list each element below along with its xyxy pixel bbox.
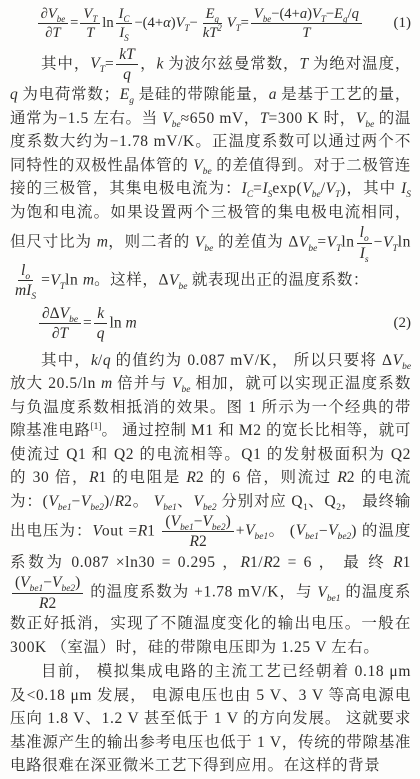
text-run: − [72,493,81,510]
math-var: kT [119,46,135,63]
math-var: R [115,493,124,510]
math-var: lo [21,262,30,279]
math-var: VT [227,15,241,31]
math-var: Vbe [254,6,271,22]
text-run: ln [102,15,113,31]
math-var: q [123,66,131,83]
text-run: 。这样，Δ [94,272,169,289]
math-var: T [52,25,60,41]
math-var: m [101,375,112,392]
text-run: = [317,234,326,251]
text-run: Q1 [291,493,308,510]
text-run: 的值约为 0.087 mV/K， 所以只要将 Δ [111,352,393,369]
text-run: = [70,15,78,31]
math-var: Vbe [48,6,65,22]
math-var: Vbe1 [48,493,71,510]
math-var: Is [360,245,369,262]
text-run: 其中， [41,55,90,72]
equation-1-body: ∂Vbe∂T=VTTlnICIS−(4+α)VT−EgkT2VT=Vbe−(4+… [10,6,390,42]
math-var: Vbe1 [154,493,177,510]
math-var: Eg [120,86,134,103]
math-var: VT [50,272,65,289]
paragraph-bandgap-circuit: 其中，k/q 的值约为 0.087 mV/K， 所以只要将 ΔVbe 放大 20… [10,349,411,659]
text-run: ，则二者的 [108,234,195,251]
math-var: Eg [206,6,219,22]
text-run: ( [165,513,170,530]
math-var: R [39,595,48,612]
text-run: 2 的 6 倍，则流过 [196,469,337,486]
text-run: − [319,522,328,539]
math-var: k [97,305,104,322]
text-run: = [83,314,92,331]
text-run: 的差值为 Δ [213,234,299,251]
math-var: VT [326,180,341,197]
text-run: Q2 [324,493,341,510]
math-var: Vbe [302,180,320,197]
math-var: Vbe [193,157,211,174]
text-run: 为波尔兹曼常数， [163,55,299,72]
math-fraction: lomIS [12,262,39,300]
math-var: m [97,234,108,251]
text-run: 放大 20.5/ln [10,375,101,392]
math-var: Vbe [356,110,374,127]
math-var: T [60,325,69,342]
equation-2-number: (2) [394,314,412,333]
math-fraction: loIs [357,224,372,262]
math-var: R [240,554,249,571]
math-var: T [260,110,269,127]
math-var: R [138,522,147,539]
text-run: ln [65,272,83,289]
equation-2-body: ∂ΔVbe∂T=kqln m [10,305,390,343]
math-var: IS [401,180,411,197]
math-var: m [125,314,136,331]
text-run: 分别对应 [217,493,292,510]
math-var: VT [383,234,398,251]
math-var: α [163,15,171,31]
math-var: Vbe1 [20,574,43,591]
text-run: 。 ( [268,522,296,539]
text-run: ) [226,513,231,530]
text-run: 目前， 模拟集成电路的主流工艺已经朝着 0.18 μm 及<0.18 μm 发展… [10,663,411,774]
text-run: 、 [308,493,325,510]
text-run: ∂Δ [42,305,60,322]
math-var: R [189,533,198,550]
text-run: / [321,180,326,197]
math-var: VT [327,234,342,251]
math-fraction: VTT [80,6,100,42]
text-run: exp( [272,180,302,197]
text-run: )，其中 [340,180,401,197]
math-var: Vbe1 [171,513,194,530]
math-var: q [97,325,105,342]
math-var: Vbe [195,234,213,251]
text-run: ， [140,55,157,72]
math-var: R [263,554,272,571]
math-var: Vbe2 [52,574,75,591]
text-run: − [190,15,198,31]
math-var: Eg [334,6,347,22]
text-run: 的温度系数为 +1.78 mV/K，与 [85,584,317,601]
math-fraction: Vbe−(4+a)VT−Eg/qT [251,6,362,42]
equation-1-number: (1) [394,14,412,33]
text-run: 、 [177,493,194,510]
math-fraction: (Vbe1−Vbe2)R2 [162,513,233,551]
math-var: Vbe [169,272,187,289]
math-fraction: kTq [116,46,138,84]
text-run: [1] [91,422,102,439]
math-var: IC [242,180,253,197]
paragraph-process-trend: 目前， 模拟集成电路的主流工艺已经朝着 0.18 μm 及<0.18 μm 发展… [10,660,411,778]
math-var: R [186,469,195,486]
text-run: ln [398,234,411,251]
text-run: 为电荷常数； [18,86,120,103]
math-var: Vbe2 [328,522,351,539]
math-var: R [337,469,346,486]
text-run: − [326,6,334,22]
math-var: VT [83,6,97,22]
text-run: + [236,522,245,539]
equation-2: ∂ΔVbe∂T=kqln m (2) [10,305,411,343]
text-run: ∂ [52,325,60,342]
math-var: R [393,554,402,571]
math-var: k [91,352,98,369]
paragraph-derivation: 其中，VT=kTq，k 为波尔兹曼常数，T 为绝对温度，q 为电荷常数；Eg 是… [10,46,411,300]
math-var: T [299,55,308,72]
equation-1: ∂Vbe∂T=VTTlnICIS−(4+α)VT−EgkT2VT=Vbe−(4+… [10,6,411,42]
text-run: 1/ [250,554,263,571]
text-run: = [241,15,249,31]
text-run: 2 = 6 ， 最 终 [273,554,394,571]
text-run: ln [110,314,126,331]
text-run: ln [341,234,354,251]
math-var: IS [119,25,128,41]
text-run: )/ [104,493,115,510]
math-var: VT [90,55,105,72]
math-var: Vbe [162,110,180,127]
text-run: −(4+ [134,15,163,31]
text-run: − [43,574,52,591]
math-var: kT2 [203,25,222,41]
math-var: m [83,272,94,289]
text-run: 其中， [41,352,91,369]
paper-page: ∂Vbe∂T=VTTlnICIS−(4+α)VT−EgkT2VT=Vbe−(4+… [0,0,420,779]
math-var: Vbe1 [245,522,268,539]
text-run: =300 K 时， [269,110,356,127]
math-var: q [352,6,359,22]
math-var: Vbe [60,305,78,322]
math-var: VT [312,6,326,22]
math-fraction: ∂ΔVbe∂T [39,305,81,343]
math-var: Vbe2 [202,513,225,530]
math-var: T [86,25,94,41]
math-var: T [302,25,310,41]
math-fraction: (Vbe1−Vbe2)R2 [12,574,83,612]
text-run: 为绝对温度， [308,55,411,72]
text-run: 2。 [124,493,154,510]
text-run: 1 的电阻是 [99,469,187,486]
math-fraction: ICIS [116,6,133,42]
text-run: ) [75,574,80,591]
text-run: −(4+ [271,6,300,22]
math-var: mIS [15,282,36,299]
math-var: Vbe1 [317,584,340,601]
math-fraction: ∂Vbe∂T [38,6,69,42]
text-run: out = [102,522,138,539]
math-var: R [89,469,98,486]
math-var: lo [360,224,369,241]
math-var: Vbe1 [296,522,319,539]
math-var: IC [119,6,130,22]
math-var: Vbe2 [193,493,216,510]
math-var: IS [262,180,272,197]
text-run: 1 [147,522,160,539]
math-var: Vbe [299,234,317,251]
text-run: ≈650 mV， [181,110,260,127]
text-run: ) [171,15,176,31]
text-run: = [105,55,114,72]
text-run: − [374,234,383,251]
text-run: 2 [49,595,57,612]
math-var: V [92,522,101,539]
text-run: 是硅的带隙能量， [134,86,269,103]
math-fraction: kq [94,305,108,343]
math-var: q [103,352,111,369]
text-run: 倍并与 [112,375,172,392]
text-run: 1 [403,554,411,571]
math-var: Vbe [172,375,190,392]
text-run: 2 [199,533,207,550]
math-var: q [10,86,18,103]
math-var: Vbe [393,352,411,369]
math-var: VT [176,15,190,31]
math-fraction: EgkT2 [200,6,225,42]
math-var: Vbe2 [81,493,104,510]
text-run: ∂ [41,6,48,22]
text-run: 就表现出正的温度系数： [187,272,369,289]
